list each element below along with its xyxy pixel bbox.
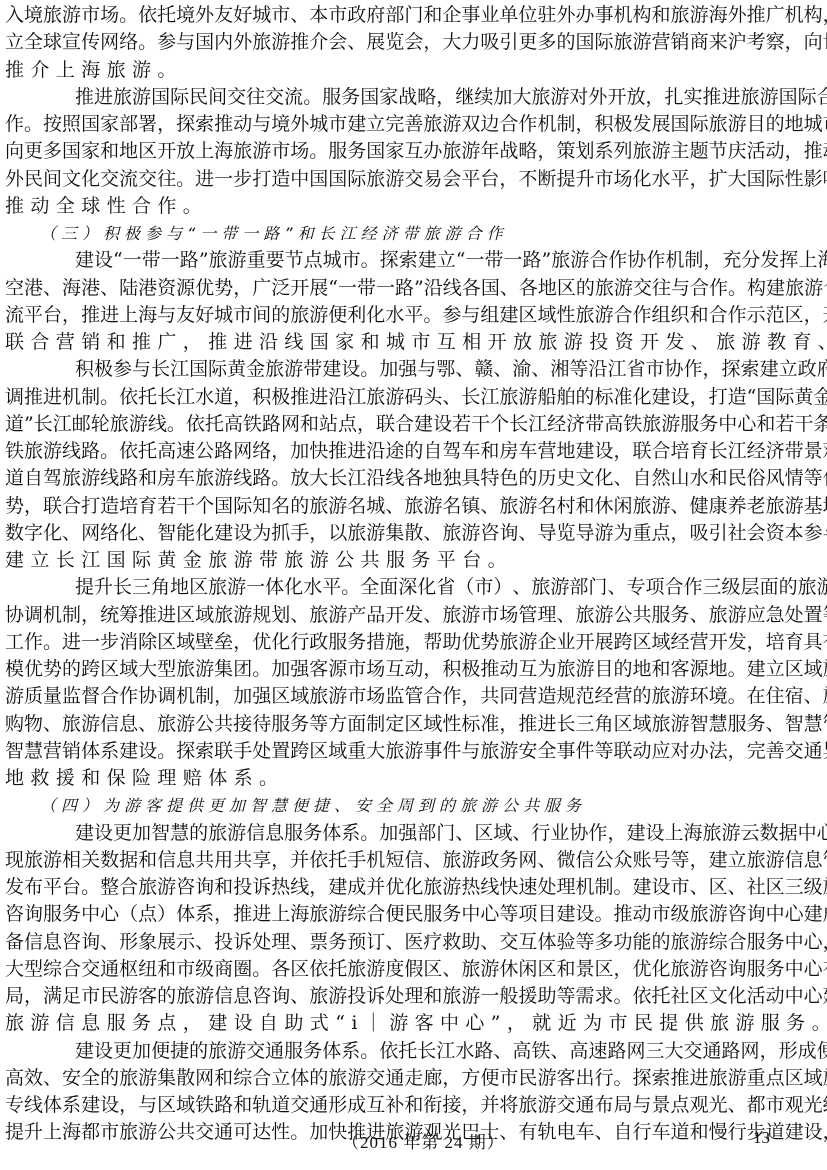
paragraph-line: 势，联合打造培育若干个国际知名的旅游名城、旅游名镇、旅游名村和休闲旅游、健康养老… <box>5 493 819 520</box>
paragraph-first-line: 提升长三角地区旅游一体化水平。全面深化省（市）、旅游部门、专项合作三级层面的旅游… <box>5 574 819 601</box>
paragraph-line: 推动全球性合作。 <box>5 193 819 220</box>
paragraph-line: 旅游信息服务点，建设自助式“i｜游客中心”，就近为市民提供旅游服务。 <box>5 1010 819 1037</box>
paragraph-line: 流平台，推进上海与友好城市间的旅游便利化水平。参与组建区域性旅游合作组织和合作示… <box>5 302 819 329</box>
paragraph-line: 发布平台。整合旅游咨询和投诉热线，建成并优化旅游热线快速处理机制。建设市、区、社… <box>5 874 819 901</box>
paragraph-line: 向更多国家和地区开放上海旅游市场。服务国家互办旅游年战略，策划系列旅游主题节庆活… <box>5 138 819 165</box>
paragraph-line: 地救援和保险理赔体系。 <box>5 765 819 792</box>
paragraph-line: 咨询服务中心（点）体系，推进上海旅游综合便民服务中心等项目建设。推动市级旅游咨询… <box>5 901 819 928</box>
paragraph-first-line: 推进旅游国际民间交往交流。服务国家战略，继续加大旅游对外开放，扎实推进旅游国际合 <box>5 84 819 111</box>
section-heading: （四）为游客提供更加智慧便捷、安全周到的旅游公共服务 <box>5 792 819 819</box>
paragraph-line: 大型综合交通枢纽和市级商圈。各区依托旅游度假区、旅游休闲区和景区，优化旅游咨询服… <box>5 956 819 983</box>
paragraph-line: 入境旅游市场。依托境外友好城市、本市政府部门和企事业单位驻外办事机构和旅游海外推… <box>5 2 819 29</box>
paragraph-line: 现旅游相关数据和信息共用共享，并依托手机短信、旅游政务网、微信公众账号等，建立旅… <box>5 847 819 874</box>
paragraph-first-line: 积极参与长江国际黄金旅游带建设。加强与鄂、赣、渝、湘等沿江省市协作，探索建立政府… <box>5 356 819 383</box>
paragraph-line: 购物、旅游信息、旅游公共接待服务等方面制定区域性标准，推进长三角区域旅游智慧服务… <box>5 711 819 738</box>
paragraph-line: 道自驾旅游线路和房车旅游线路。放大长江沿线各地独具特色的历史文化、自然山水和民俗… <box>5 465 819 492</box>
paragraph-first-line: 建设“一带一路”旅游重要节点城市。探索建立“一带一路”旅游合作协作机制，充分发挥… <box>5 247 819 274</box>
document-body: 入境旅游市场。依托境外友好城市、本市政府部门和企事业单位驻外办事机构和旅游海外推… <box>5 2 819 1147</box>
issue-label: （2016 年第 24 期） <box>342 1128 505 1153</box>
paragraph-line: 数字化、网络化、智能化建设为抓手，以旅游集散、旅游咨询、导览导游为重点，吸引社会… <box>5 520 819 547</box>
paragraph-line: 备信息咨询、形象展示、投诉处理、票务预订、医疗救助、交互体验等多功能的旅游综合服… <box>5 929 819 956</box>
paragraph-line: 高效、安全的旅游集散网和综合立体的旅游交通走廊，方便市民游客出行。探索推进旅游重… <box>5 1065 819 1092</box>
paragraph-line: 道”长江邮轮旅游线。依托高铁路网和站点，联合建设若干个长江经济带高铁旅游服务中心… <box>5 411 819 438</box>
paragraph-line: 专线体系建设，与区域铁路和轨道交通形成互补和衔接，并将旅游交通布局与景点观光、都… <box>5 1092 819 1119</box>
paragraph-line: 局，满足市民游客的旅游信息咨询、旅游投诉处理和旅游一般援助等需求。依托社区文化活… <box>5 983 819 1010</box>
paragraph-line: 推介上海旅游。 <box>5 57 819 84</box>
paragraph-line: 工作。进一步消除区域壁垒，优化行政服务措施，帮助优势旅游企业开展跨区域经营开发，… <box>5 629 819 656</box>
paragraph-first-line: 建设更加智慧的旅游信息服务体系。加强部门、区域、行业协作，建设上海旅游云数据中心… <box>5 820 819 847</box>
paragraph-line: 调推进机制。依托长江水道，积极推进沿江旅游码头、长江旅游船舶的标准化建设，打造“… <box>5 384 819 411</box>
page-footer: （2016 年第 24 期） 13 <box>0 1128 827 1150</box>
paragraph-line: 建立长江国际黄金旅游带旅游公共服务平台。 <box>5 547 819 574</box>
paragraph-line: 联合营销和推广，推进沿线国家和城市互相开放旅游投资开发、旅游教育、旅游信息化建设… <box>5 329 819 356</box>
paragraph-line: 立全球宣传网络。参与国内外旅游推介会、展览会，大力吸引更多的国际旅游营销商来沪考… <box>5 29 819 56</box>
paragraph-line: 作。按照国家部署，探索推动与境外城市建立完善旅游双边合作机制，积极发展国际旅游目… <box>5 111 819 138</box>
paragraph-first-line: 建设更加便捷的旅游交通服务体系。依托长江水路、高铁、高速路网三大交通路网，形成便… <box>5 1038 819 1065</box>
paragraph-line: 空港、海港、陆港资源优势，广泛开展“一带一路”沿线各国、各地区的旅游交往与合作。… <box>5 275 819 302</box>
section-heading: （三）积极参与“一带一路”和长江经济带旅游合作 <box>5 220 819 247</box>
page-number: 13 <box>753 1128 770 1148</box>
paragraph-line: 模优势的跨区域大型旅游集团。加强客源市场互动，积极推动互为旅游目的地和客源地。建… <box>5 656 819 683</box>
paragraph-line: 外民间文化交流交往。进一步打造中国国际旅游交易会平台，不断提升市场化水平，扩大国… <box>5 166 819 193</box>
paragraph-line: 协调机制，统筹推进区域旅游规划、旅游产品开发、旅游市场管理、旅游公共服务、旅游应… <box>5 602 819 629</box>
paragraph-line: 智慧营销体系建设。探索联手处置跨区域重大旅游事件与旅游安全事件等联动应对办法，完… <box>5 738 819 765</box>
paragraph-line: 游质量监督合作协调机制，加强区域旅游市场监管合作，共同营造规范经营的旅游环境。在… <box>5 683 819 710</box>
paragraph-line: 铁旅游线路。依托高速公路网络，加快推进沿途的自驾车和房车营地建设，联合培育长江经… <box>5 438 819 465</box>
